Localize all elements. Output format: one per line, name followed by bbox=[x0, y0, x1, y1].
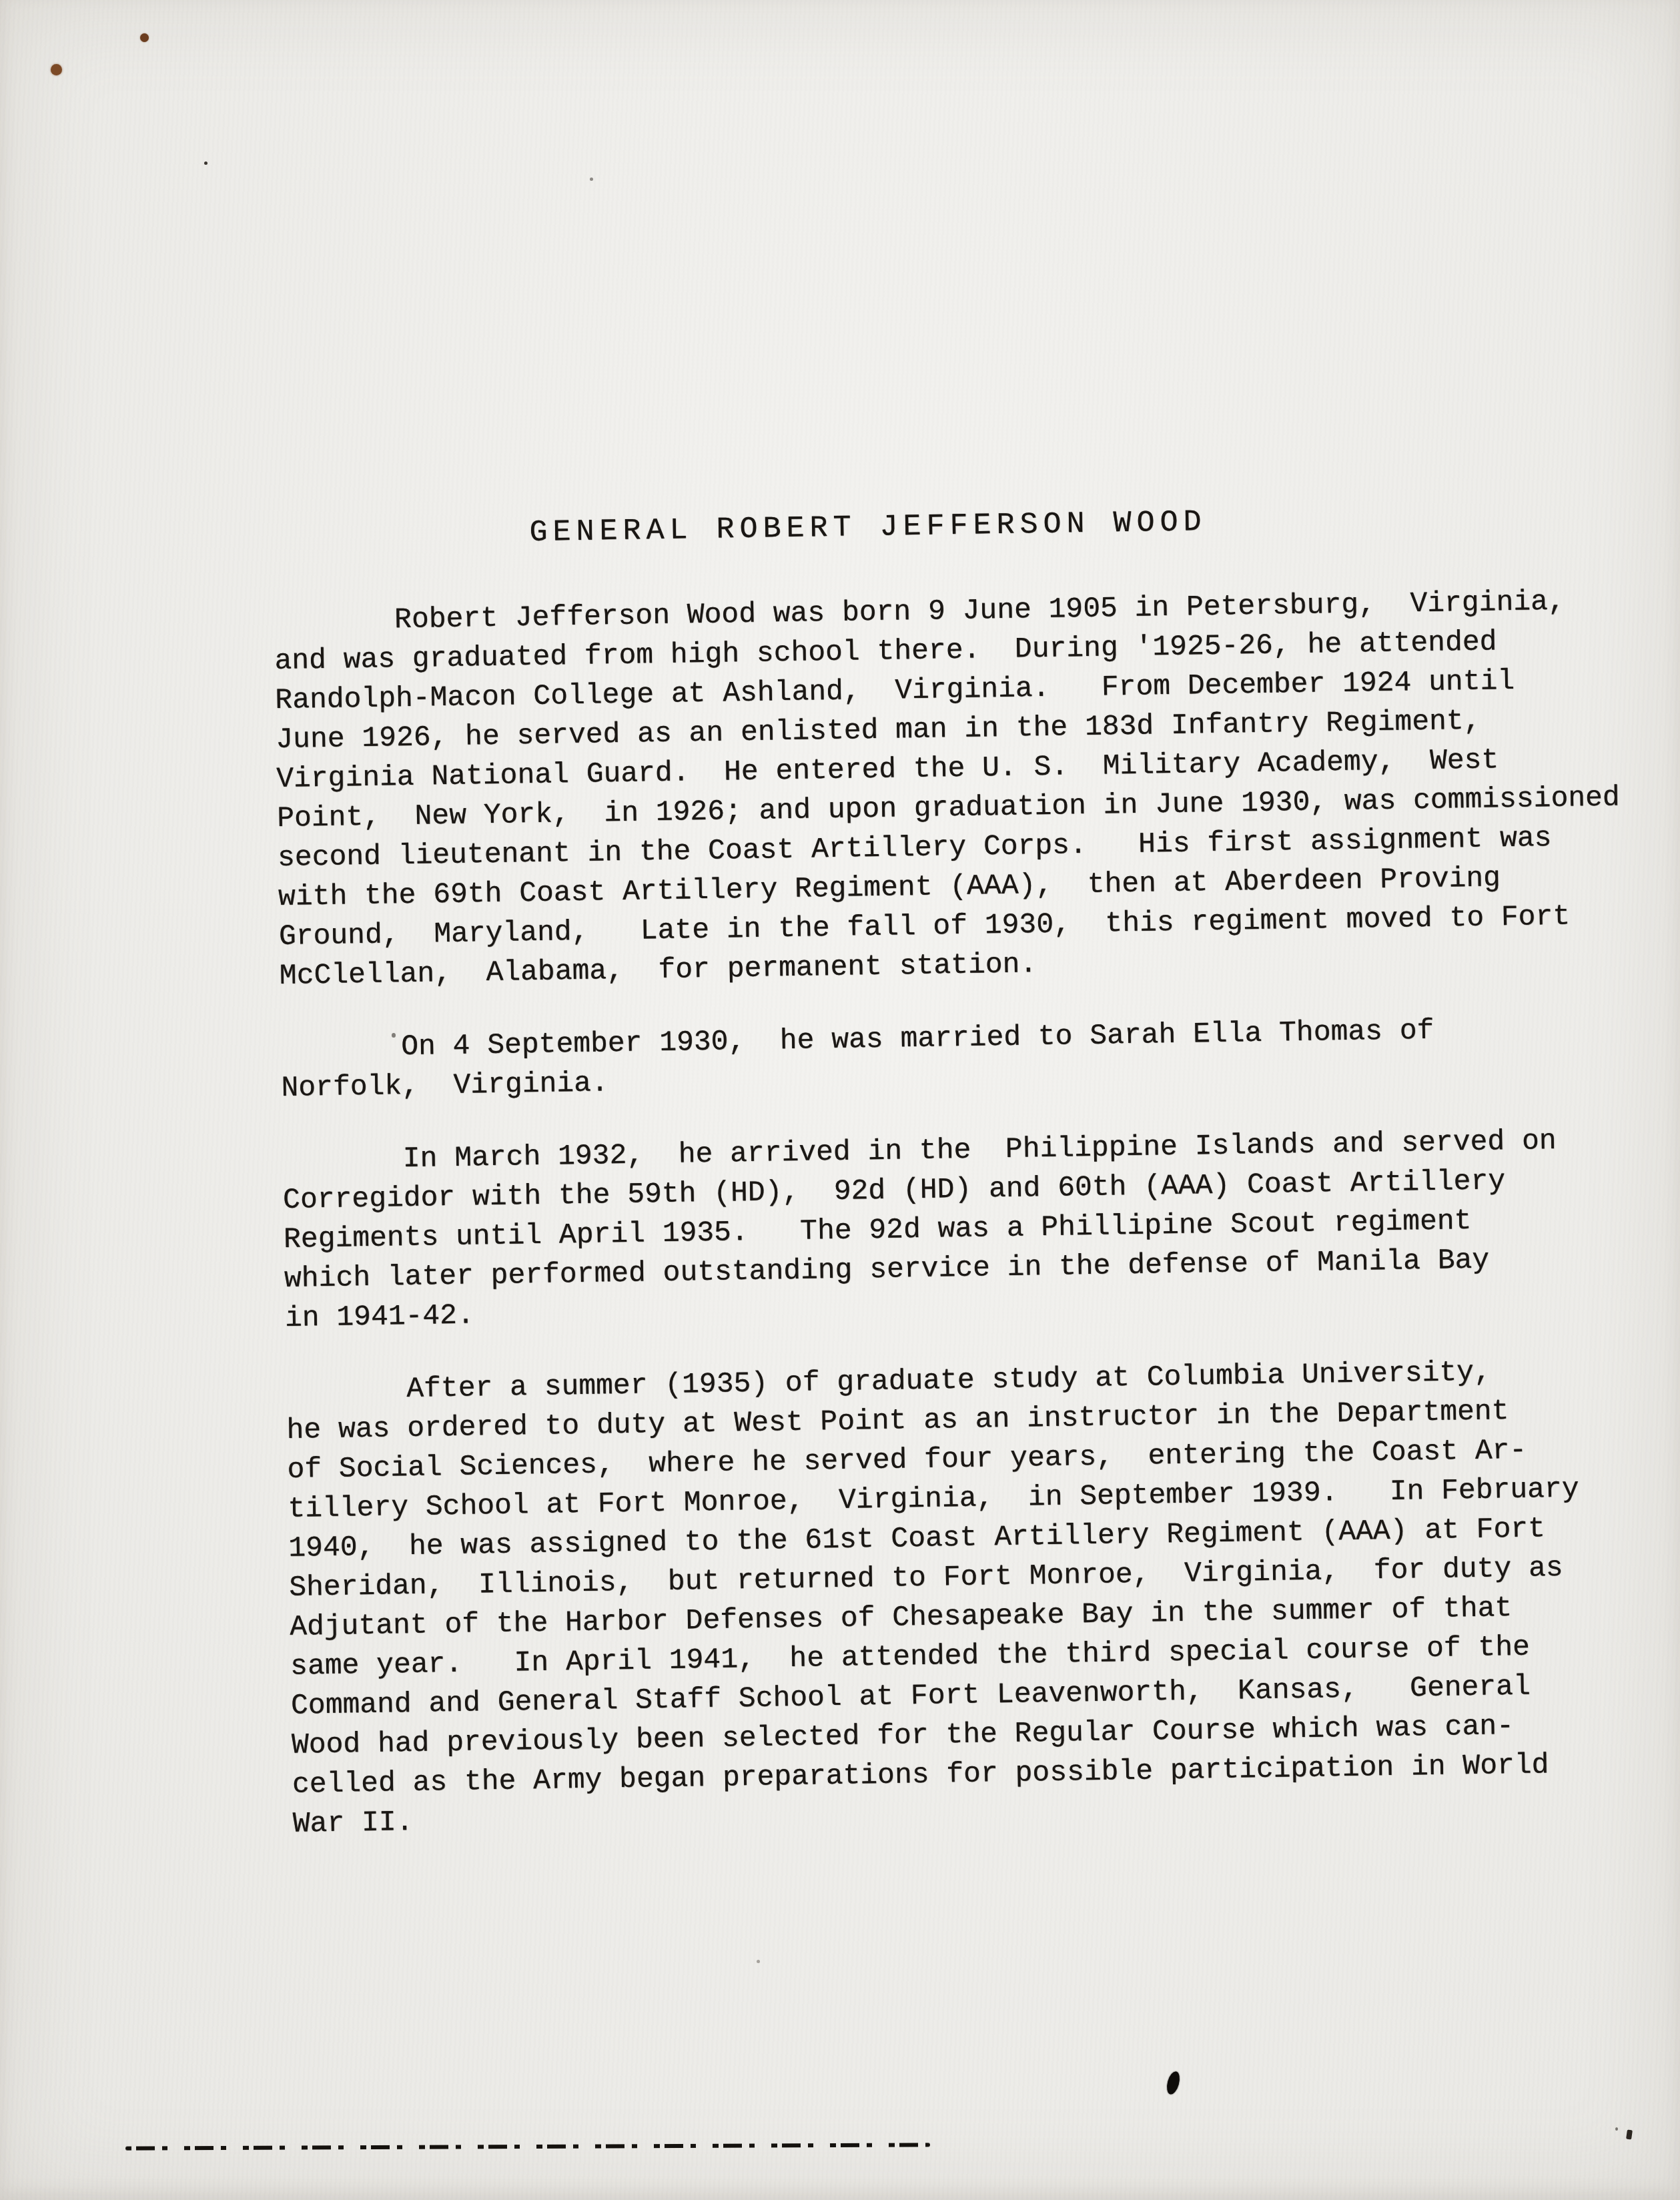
ink-speck bbox=[590, 177, 593, 181]
document-title: GENERAL ROBERT JEFFERSON WOOD bbox=[529, 507, 1207, 548]
document-title-text: GENERAL ROBERT JEFFERSON WOOD bbox=[529, 505, 1207, 550]
edge-mark-minor bbox=[1615, 2127, 1618, 2131]
rust-speck bbox=[51, 64, 62, 75]
document-body: Robert Jefferson Wood was born 9 June 19… bbox=[274, 580, 1680, 1844]
ink-speck bbox=[392, 1033, 396, 1038]
paragraph-prewar-assignments: After a summer (1935) of graduate study … bbox=[286, 1349, 1680, 1844]
page-text-block: GENERAL ROBERT JEFFERSON WOOD Robert Jef… bbox=[0, 0, 1680, 2200]
scanned-typescript-page: GENERAL ROBERT JEFFERSON WOOD Robert Jef… bbox=[0, 0, 1680, 2200]
paragraph-early-life: Robert Jefferson Wood was born 9 June 19… bbox=[274, 580, 1680, 996]
ink-speck bbox=[757, 1960, 760, 1963]
paragraph-philippines: In March 1932, he arrived in the Philipp… bbox=[282, 1119, 1680, 1338]
paragraph-marriage: On 4 September 1930, he was married to S… bbox=[280, 1007, 1680, 1108]
ink-speck bbox=[204, 161, 207, 165]
rust-speck bbox=[140, 33, 149, 42]
